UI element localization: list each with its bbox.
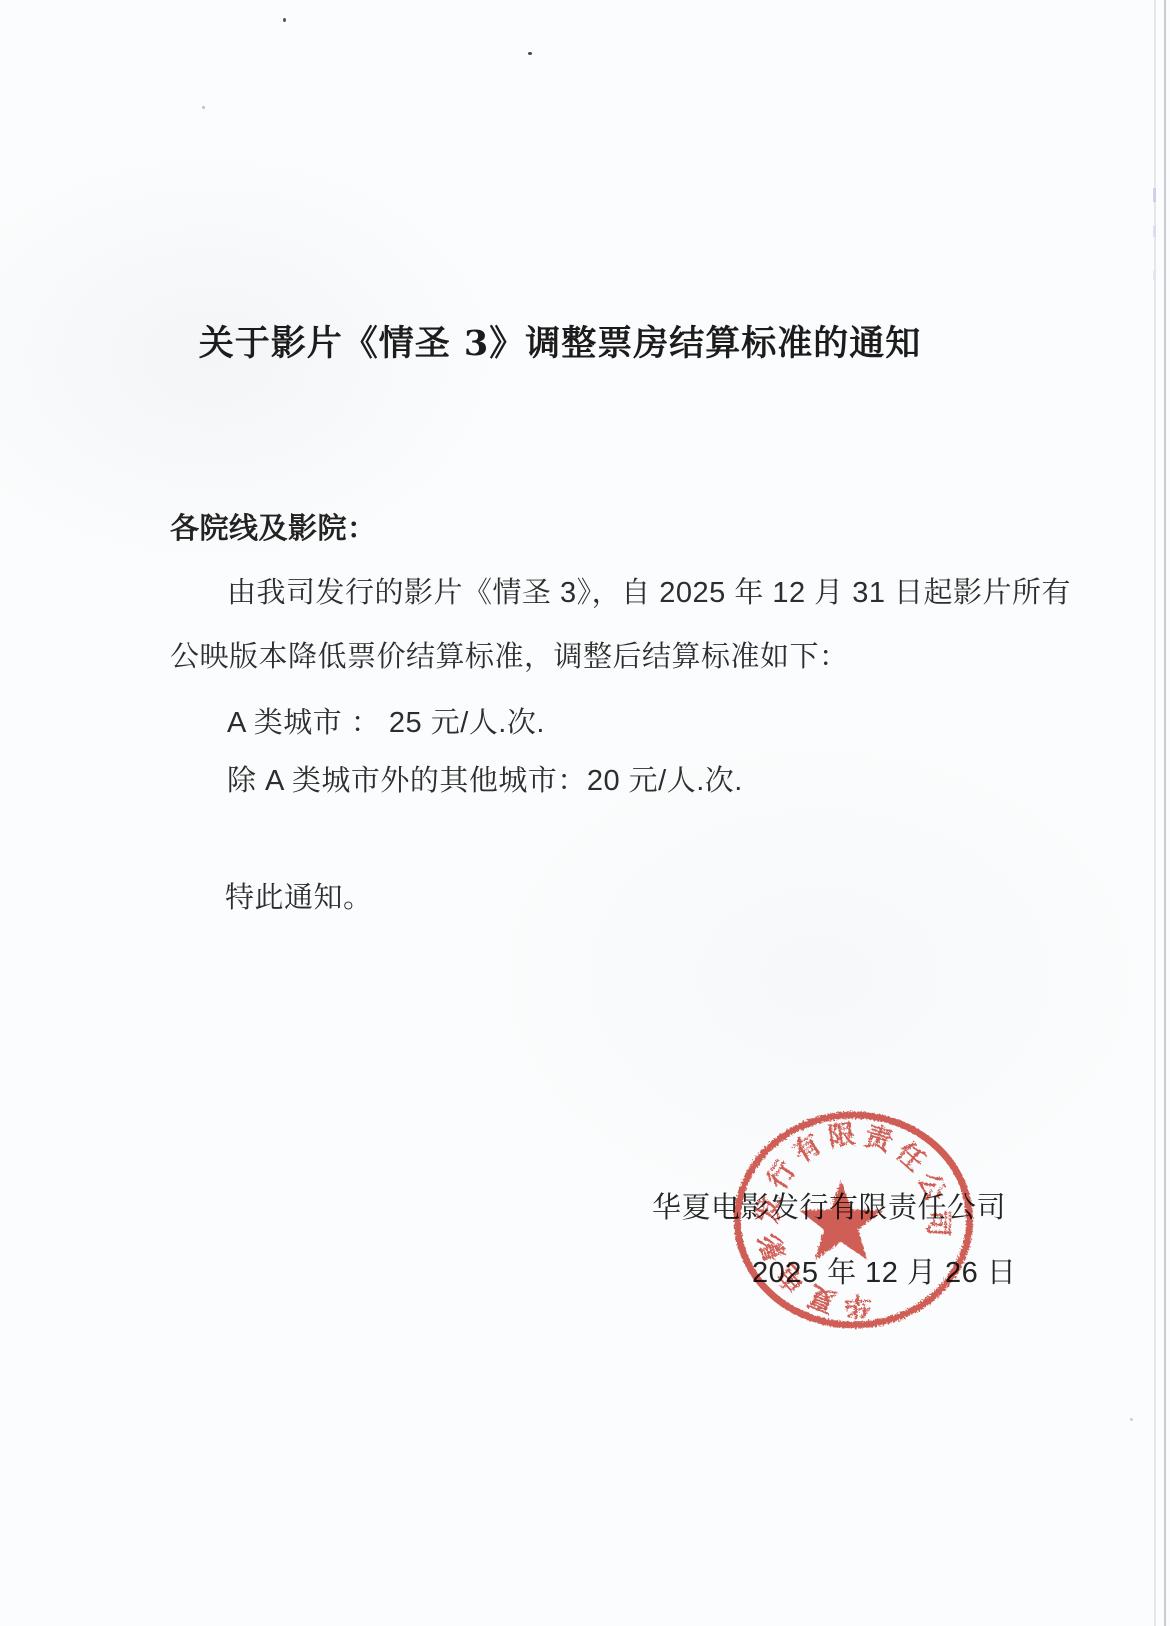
company-seal-icon: 华夏电影发行有限责任公司	[730, 1108, 977, 1334]
star-icon	[799, 1180, 883, 1260]
scan-artifact	[1153, 188, 1156, 202]
svg-text:任: 任	[890, 1137, 930, 1177]
document-title: 关于影片《情圣 3》调整票房结算标准的通知	[85, 321, 1035, 367]
scan-speck	[283, 18, 286, 22]
salutation: 各院线及影院：	[170, 511, 377, 548]
svg-text:有: 有	[788, 1129, 827, 1169]
svg-text:夏: 夏	[804, 1280, 840, 1318]
svg-text:电: 电	[771, 1258, 811, 1298]
price-item-b: 除 A 类城市外的其他城市：20 元/人.次.	[227, 763, 743, 800]
svg-text:华: 华	[844, 1289, 873, 1320]
svg-text:司: 司	[923, 1209, 954, 1237]
price-item-a: A 类城市 ： 25 元/人.次.	[227, 705, 545, 742]
svg-text:责: 责	[861, 1120, 898, 1157]
notice-document: 关于影片《情圣 3》调整票房结算标准的通知 各院线及影院： 由我司发行的影片《情…	[0, 0, 1170, 1626]
body-line-1: 由我司发行的影片《情圣 3》，自 2025 年 12 月 31 日起影片所有	[227, 575, 1071, 612]
svg-text:行: 行	[762, 1156, 802, 1195]
svg-text:公: 公	[913, 1169, 951, 1206]
scan-artifact	[1153, 271, 1156, 280]
scan-edge-line	[1164, 0, 1166, 1626]
scan-edge-line	[1154, 0, 1156, 1626]
scan-speck	[202, 106, 205, 109]
svg-text:发: 发	[752, 1194, 786, 1225]
scan-speck	[1130, 1418, 1133, 1421]
svg-text:影: 影	[754, 1229, 791, 1264]
scan-speck	[528, 52, 532, 55]
body-line-2: 公映版本降低票价结算标准，调整后结算标准如下：	[170, 639, 849, 676]
closing-line: 特此通知。	[225, 880, 373, 917]
scan-artifact	[1153, 226, 1156, 237]
svg-text:限: 限	[826, 1119, 857, 1152]
